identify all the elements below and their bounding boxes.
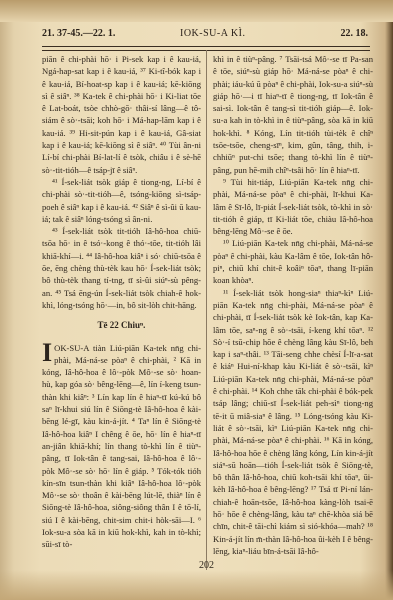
paragraph-text: OK-SU-A tiàn Liú-piān Ka-tek nn̄g chi-ph… xyxy=(42,343,201,550)
paragraph: ⁹ Tùi hit-tiáp, Liú-piān Ka-tek nn̄g chi… xyxy=(213,176,373,237)
left-column: piān ê chi-phài hō· i Pi-sek kap i ê kau… xyxy=(42,53,201,551)
header-verse-end: 22. 18. xyxy=(341,28,369,39)
chapter-title: Tē 22 Chiuⁿ. xyxy=(42,319,201,331)
book-page: 21. 37-45.—22. 1. IOK-SU-A KÌ. 22. 18. p… xyxy=(0,0,393,600)
running-header: 21. 37-45.—22. 1. IOK-SU-A KÌ. 22. 18. xyxy=(42,28,368,42)
column-divider xyxy=(206,50,207,570)
page-number: 202 xyxy=(199,560,214,571)
paragraph: ¹⁰ Liú-piān Ka-tek nn̄g chi-phài, Má-ná-… xyxy=(213,237,373,286)
paragraph: ⁴³ Í-sek-liát tsòk tit-tióh Iâ-hô-hoa ch… xyxy=(42,225,201,311)
drop-cap: I xyxy=(42,342,52,364)
paragraph: piān ê chi-phài hō· i Pi-sek kap i ê kau… xyxy=(42,53,201,176)
paragraph: ¹¹ Í-sek-liát tsòk hong-siaⁿ thiaⁿ-kìⁿ L… xyxy=(213,287,373,558)
header-verse-range: 21. 37-45.—22. 1. xyxy=(42,28,115,39)
chapter-opening-paragraph: I OK-SU-A tiàn Liú-piān Ka-tek nn̄g chi-… xyxy=(42,342,201,551)
paragraph: khì in ê tiùⁿ-pâng. ⁷ Tsāi-tsá Mô·-se tī… xyxy=(213,53,373,176)
right-column: khì in ê tiùⁿ-pâng. ⁷ Tsāi-tsá Mô·-se tī… xyxy=(213,53,373,557)
header-book-title: IOK-SU-A KÌ. xyxy=(180,28,245,39)
paragraph: ⁴¹ Í-sek-liát tsòk giáp ê tiong-ng, Lí-b… xyxy=(42,176,201,225)
